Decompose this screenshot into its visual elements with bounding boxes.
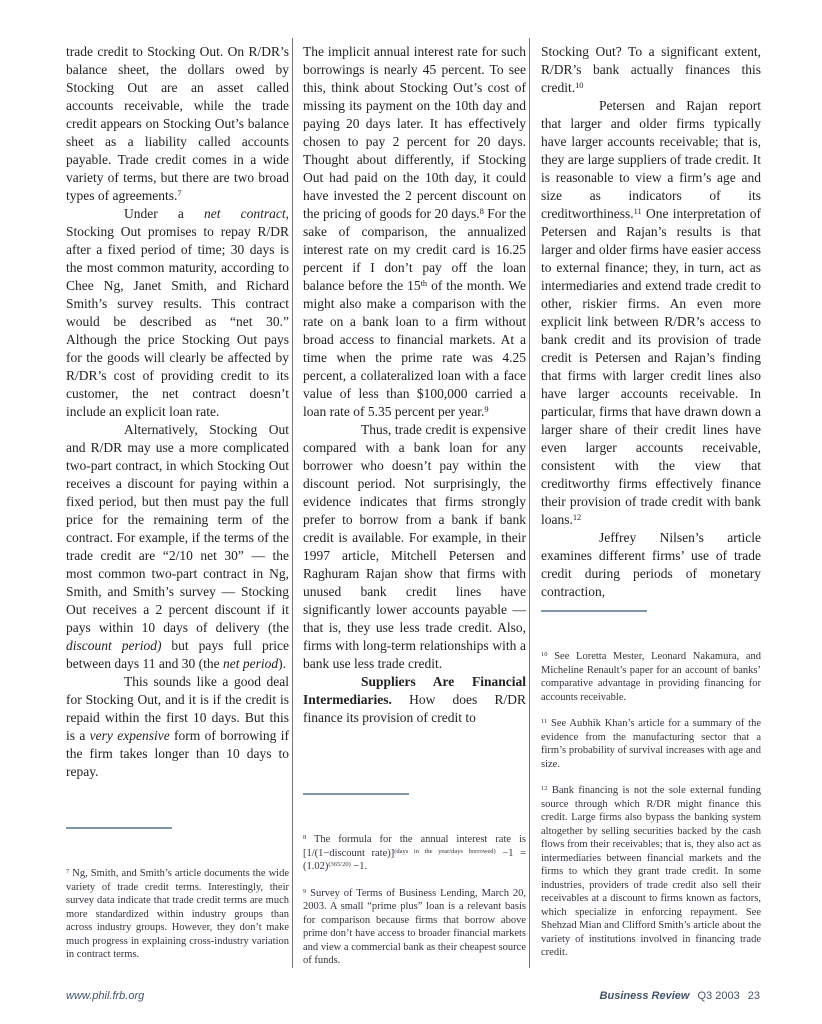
paragraph: trade credit to Stocking Out. On R/DR’s … — [66, 43, 289, 205]
footnote-divider — [303, 793, 409, 795]
column-divider — [529, 38, 530, 968]
paragraph: Suppliers Are Financial Intermediaries. … — [303, 673, 526, 727]
column-divider — [292, 38, 293, 968]
column-3-body: Stocking Out? To a significant extent, R… — [541, 43, 761, 603]
footnote-7: 7 Ng, Smith, and Smith’s article documen… — [66, 867, 289, 962]
footer-url[interactable]: www.phil.frb.org — [66, 990, 144, 1002]
issue-label: Q3 2003 — [697, 990, 739, 1002]
footnote-9: 9 Survey of Terms of Business Lending, M… — [303, 887, 526, 968]
footnote-11: 11 See Aubhik Khan’s article for a summa… — [541, 717, 761, 771]
column-2-body: The implicit annual interest rate for su… — [303, 43, 526, 781]
paragraph: This sounds like a good deal for Stockin… — [66, 673, 289, 781]
footnote-divider — [541, 610, 647, 612]
paragraph: Thus, trade credit is expensive compared… — [303, 421, 526, 673]
paragraph: Petersen and Rajan report that larger an… — [541, 97, 761, 529]
page-number: 23 — [748, 990, 760, 1002]
paragraph: The implicit annual interest rate for su… — [303, 43, 526, 421]
page-footer: www.phil.frb.org Business Review Q3 2003… — [66, 990, 760, 1002]
paragraph: Alternatively, Stocking Out and R/DR may… — [66, 421, 289, 673]
column-2-footnotes: 8 The formula for the annual interest ra… — [303, 793, 526, 968]
journal-title: Business Review — [600, 990, 690, 1002]
paragraph: Stocking Out? To a significant extent, R… — [541, 43, 761, 97]
footnote-8: 8 The formula for the annual interest ra… — [303, 833, 526, 874]
paragraph: Under a net contract, Stocking Out promi… — [66, 205, 289, 421]
footnote-divider — [66, 827, 172, 829]
paragraph: Jeffrey Nilsen’s article examines differ… — [541, 529, 761, 601]
footer-journal-info: Business Review Q3 2003 23 — [600, 990, 760, 1002]
column-1-body: trade credit to Stocking Out. On R/DR’s … — [66, 43, 289, 815]
article-page: trade credit to Stocking Out. On R/DR’s … — [0, 0, 822, 1024]
column-3-footnotes: 10 See Loretta Mester, Leonard Nakamura,… — [541, 610, 761, 960]
footnote-10: 10 See Loretta Mester, Leonard Nakamura,… — [541, 650, 761, 704]
footnote-12: 12 Bank financing is not the sole extern… — [541, 784, 761, 960]
column-1-footnotes: 7 Ng, Smith, and Smith’s article documen… — [66, 827, 289, 962]
